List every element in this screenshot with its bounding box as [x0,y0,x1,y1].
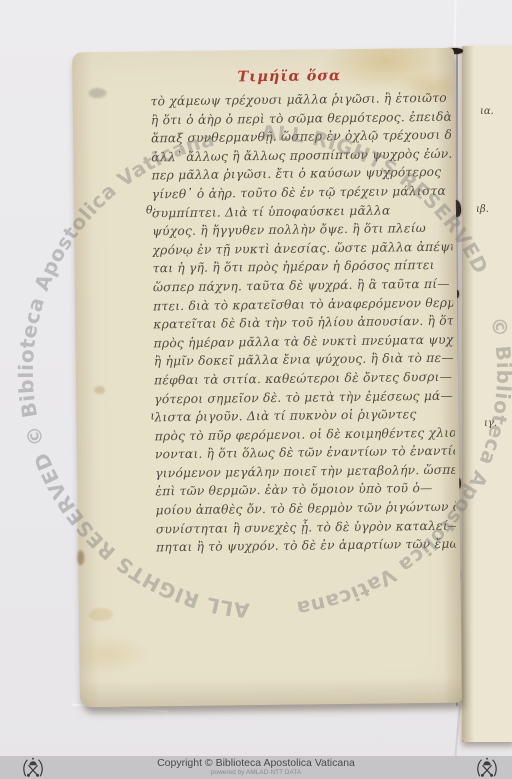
page-stain [77,550,84,565]
manuscript-page: Τιμήϊα ὅσα τὸ χάμεωψ τρέχουσι μᾶλλα ῥιγῶ… [72,48,462,708]
footer-copyright: Copyright © Biblioteca Apostolica Vatica… [0,757,512,769]
footer-bar: Copyright © Biblioteca Apostolica Vatica… [0,756,512,779]
binding-thread-top [453,0,456,53]
facing-page: ια. ιβ. ιγ. [462,46,512,742]
gutter-shade [462,46,474,742]
vatican-library-emblem-icon [474,757,500,779]
page-heading: Τιμήϊα ὅσα [72,66,454,88]
section-margin-mark: θ: [146,203,157,216]
facing-margin-number: ιβ. [476,204,489,215]
facing-margin-number: ια. [480,106,494,117]
page-smudge [88,88,106,98]
manuscript-text-line: πηται ἢ τὸ ψυχρόν. τὸ δὲ ἐν ἁμαρτίων τῶν… [156,535,456,557]
page-stain [94,386,105,394]
page-stain [89,608,113,621]
footer-text: Copyright © Biblioteca Apostolica Vatica… [0,757,512,777]
photo-stage: ια. ιβ. ιγ. Τιμήϊα ὅσα τὸ χάμεωψ τρέχουσ… [0,0,512,779]
facing-margin-number: ιγ. [484,418,497,429]
footer-powered-by: powered by AMLAD-NTT DATA [0,769,512,777]
section-margin-mark: ι. [150,409,158,422]
manuscript-text: τὸ χάμεωψ τρέχουσι μᾶλλα ῥιγῶσι. ἢ ἑτοιῶ… [151,89,457,557]
